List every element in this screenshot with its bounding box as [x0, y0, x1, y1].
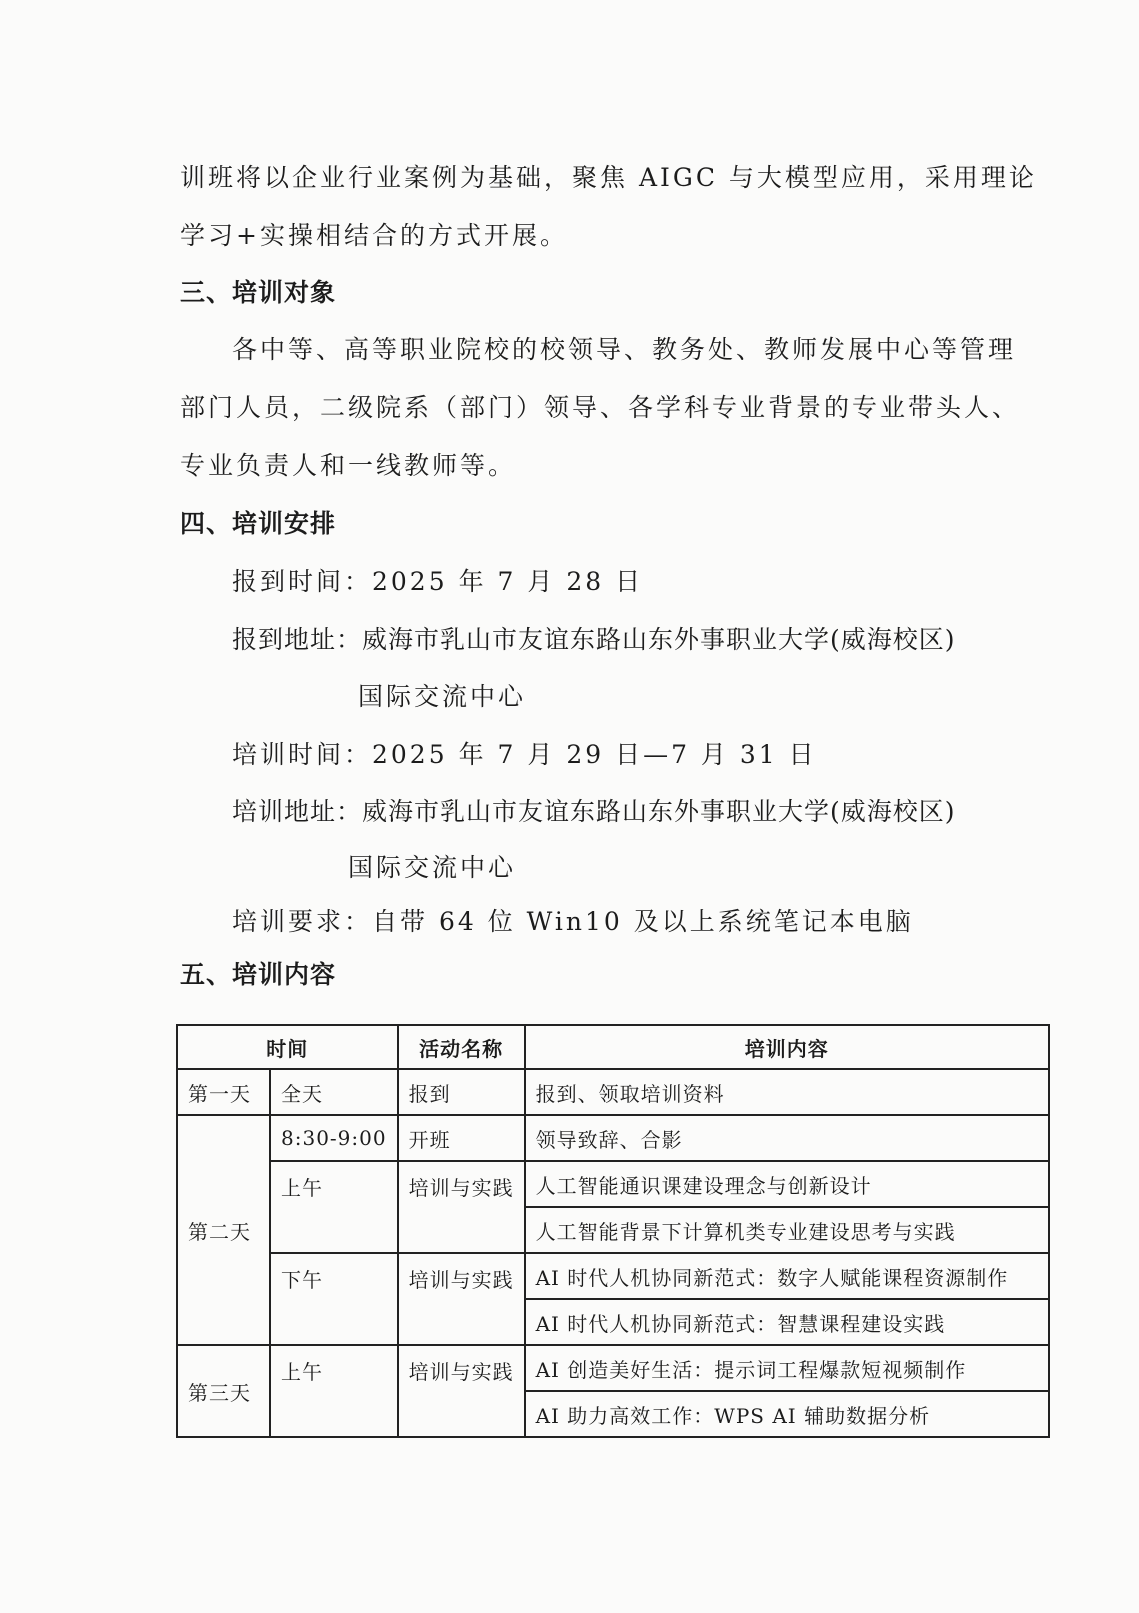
- section-5-heading: 五、培训内容: [180, 955, 336, 991]
- table-header-row: 时间 活动名称 培训内容: [177, 1025, 1049, 1069]
- train-time: 培训时间：2025 年 7 月 29 日—7 月 31 日: [232, 735, 817, 771]
- train-requirement: 培训要求：自带 64 位 Win10 及以上系统笔记本电脑: [232, 902, 914, 938]
- slot-cell: 8:30-9:00: [270, 1115, 398, 1161]
- activity-cell: 培训与实践: [398, 1345, 525, 1437]
- activity-cell: 培训与实践: [398, 1253, 525, 1345]
- section-3-heading: 三、培训对象: [180, 273, 336, 309]
- header-content: 培训内容: [525, 1025, 1049, 1069]
- content-cell: 报到、领取培训资料: [525, 1069, 1049, 1115]
- day-cell: 第三天: [177, 1345, 270, 1437]
- content-cell: 人工智能通识课建设理念与创新设计: [525, 1161, 1049, 1207]
- table-row: 第三天 上午 培训与实践 AI 创造美好生活：提示词工程爆款短视频制作: [177, 1345, 1049, 1391]
- section-3-line-3: 专业负责人和一线教师等。: [180, 446, 516, 482]
- table-row: 下午 培训与实践 AI 时代人机协同新范式：数字人赋能课程资源制作: [177, 1253, 1049, 1299]
- activity-cell: 开班: [398, 1115, 525, 1161]
- slot-cell: 下午: [270, 1253, 398, 1345]
- content-cell: AI 时代人机协同新范式：智慧课程建设实践: [525, 1299, 1049, 1345]
- report-address: 报到地址：威海市乳山市友谊东路山东外事职业大学(威海校区): [232, 620, 956, 656]
- content-cell: 人工智能背景下计算机类专业建设思考与实践: [525, 1207, 1049, 1253]
- table-row: 上午 培训与实践 人工智能通识课建设理念与创新设计: [177, 1161, 1049, 1207]
- report-address-2: 国际交流中心: [358, 677, 526, 713]
- train-address-2: 国际交流中心: [348, 848, 516, 884]
- section-3-line-2: 部门人员，二级院系（部门）领导、各学科专业背景的专业带头人、: [180, 388, 1020, 424]
- header-activity: 活动名称: [398, 1025, 525, 1069]
- document-page: 训班将以企业行业案例为基础，聚焦 AIGC 与大模型应用，采用理论 学习+实操相…: [0, 0, 1139, 1613]
- activity-cell: 培训与实践: [398, 1161, 525, 1253]
- section-3-line-1: 各中等、高等职业院校的校领导、教务处、教师发展中心等管理: [232, 330, 1016, 366]
- train-address: 培训地址：威海市乳山市友谊东路山东外事职业大学(威海校区): [232, 792, 956, 828]
- intro-line-2: 学习+实操相结合的方式开展。: [180, 216, 568, 252]
- content-cell: AI 助力高效工作：WPS AI 辅助数据分析: [525, 1391, 1049, 1437]
- training-schedule-table: 时间 活动名称 培训内容 第一天 全天 报到 报到、领取培训资料 第二天 8:3…: [176, 1024, 1050, 1438]
- content-cell: 领导致辞、合影: [525, 1115, 1049, 1161]
- content-cell: AI 时代人机协同新范式：数字人赋能课程资源制作: [525, 1253, 1049, 1299]
- activity-cell: 报到: [398, 1069, 525, 1115]
- content-cell: AI 创造美好生活：提示词工程爆款短视频制作: [525, 1345, 1049, 1391]
- intro-line-1: 训班将以企业行业案例为基础，聚焦 AIGC 与大模型应用，采用理论: [180, 158, 1037, 194]
- day-cell: 第一天: [177, 1069, 270, 1115]
- table-row: 第二天 8:30-9:00 开班 领导致辞、合影: [177, 1115, 1049, 1161]
- slot-cell: 上午: [270, 1161, 398, 1253]
- slot-cell: 全天: [270, 1069, 398, 1115]
- report-time: 报到时间：2025 年 7 月 28 日: [232, 562, 643, 598]
- day-cell: 第二天: [177, 1115, 270, 1345]
- table-row: 第一天 全天 报到 报到、领取培训资料: [177, 1069, 1049, 1115]
- header-time: 时间: [177, 1025, 398, 1069]
- slot-cell: 上午: [270, 1345, 398, 1437]
- section-4-heading: 四、培训安排: [180, 504, 336, 540]
